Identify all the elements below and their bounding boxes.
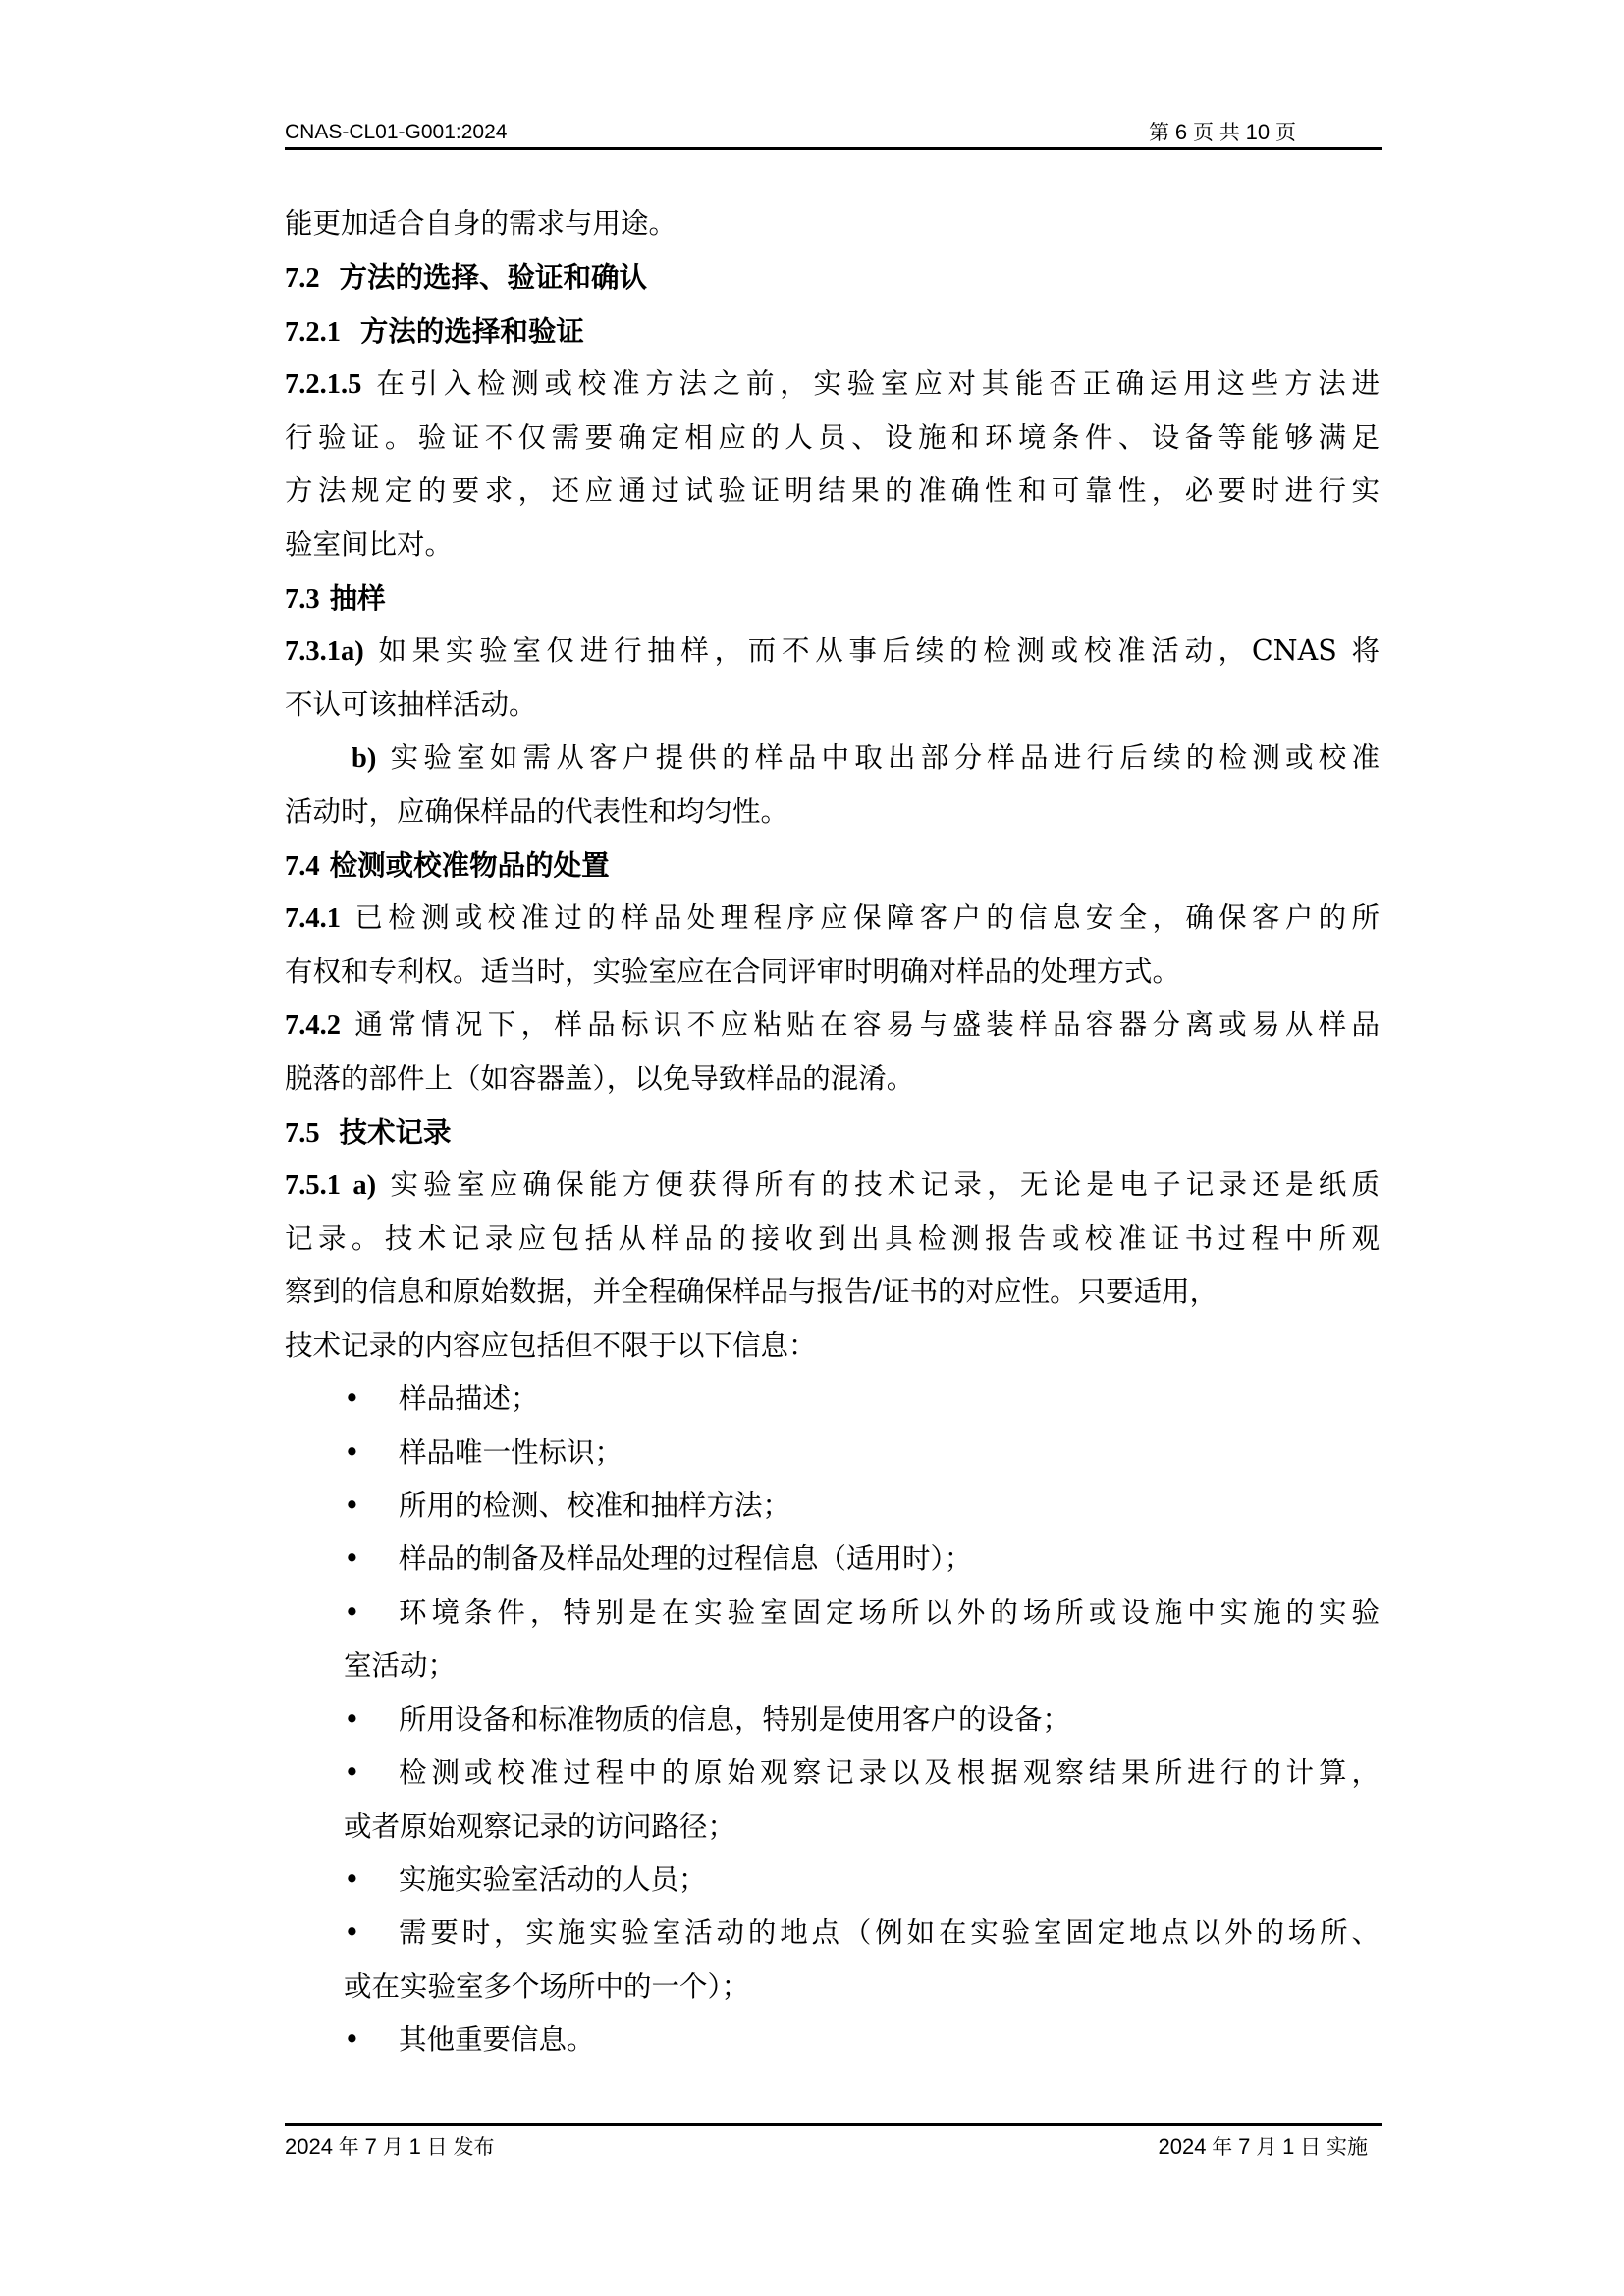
header-rule — [285, 147, 1382, 150]
page-suffix: 页 — [1275, 122, 1296, 144]
section-number: 7.2 — [285, 263, 320, 294]
impl-label: 实施 — [1326, 2136, 1368, 2159]
section-heading-7-2-1: 7.2.1 方法的选择和验证 — [285, 304, 1380, 357]
section-number: 7.5 — [285, 1118, 320, 1148]
list-item-text: 检测或校准过程中的原始观察记录以及根据观察结果所进行的计算， — [399, 1746, 1380, 1799]
section-number: 7.2.1 — [285, 317, 341, 347]
clause-number: 7.4.1 — [285, 903, 341, 934]
clause-7-4-1-line-1: 7.4.1 已检测或校准过的样品处理程序应保障客户的信息安全，确保客户的所 — [285, 891, 1380, 944]
bullet-icon: • — [344, 1906, 355, 1959]
section-heading-7-4: 7.4 检测或校准物品的处置 — [285, 838, 1380, 891]
clause-7-5-1a-line-4: 技术记录的内容应包括但不限于以下信息： — [285, 1319, 1380, 1372]
bullet-icon: • — [344, 1586, 355, 1639]
list-item-text: 样品唯一性标识； — [399, 1426, 1380, 1479]
clause-7-5-1a-line-2: 记录。技术记录应包括从样品的接收到出具检测报告或校准证书过程中所观 — [285, 1212, 1380, 1265]
section-heading-7-5: 7.5 技术记录 — [285, 1105, 1380, 1158]
list-item: • 其他重要信息。 — [344, 2013, 1380, 2066]
impl-day: 1 — [1282, 2134, 1294, 2159]
list-item: • 样品描述； — [344, 1372, 1380, 1425]
bullet-icon: • — [344, 1532, 355, 1585]
clause-text: 如果实验室仅进行抽样，而不从事后续的检测或校准活动，CNAS 将 — [379, 634, 1380, 667]
clause-7-4-2-line-1: 7.4.2 通常情况下，样品标识不应粘贴在容易与盛装样品容器分离或易从样品 — [285, 998, 1380, 1051]
clause-number: 7.5.1 a) — [285, 1170, 376, 1201]
section-number: 7.4 — [285, 851, 320, 881]
issue-month: 7 — [365, 2134, 377, 2159]
issue-year: 2024 — [285, 2134, 333, 2159]
list-item-text: 环境条件，特别是在实验室固定场所以外的场所或设施中实施的实验 — [399, 1586, 1380, 1639]
clause-7-3-1b-line-2: 活动时，应确保样品的代表性和均匀性。 — [285, 785, 1380, 838]
clause-text: 实验室应确保能方便获得所有的技术记录，无论是电子记录还是纸质 — [390, 1168, 1380, 1201]
clause-7-3-1b-line-1: b) 实验室如需从客户提供的样品中取出部分样品进行后续的检测或校准 — [352, 731, 1380, 784]
list-item-text: 所用的检测、校准和抽样方法； — [399, 1479, 1380, 1532]
clause-7-2-1-5-line-2: 行验证。验证不仅需要确定相应的人员、设施和环境条件、设备等能够满足 — [285, 411, 1380, 464]
clause-7-5-1a-line-1: 7.5.1 a) 实验室应确保能方便获得所有的技术记录，无论是电子记录还是纸质 — [285, 1158, 1380, 1211]
bullet-icon: • — [344, 1746, 355, 1799]
page-middle: 页 共 — [1193, 122, 1240, 144]
list-item: • 样品唯一性标识； — [344, 1426, 1380, 1479]
page-current: 6 — [1175, 120, 1187, 144]
section-title: 抽样 — [330, 581, 386, 614]
page-indicator: 第 6 页 共 10 页 — [1149, 118, 1369, 148]
issue-date: 2024 年 7 月 1 日 发布 — [285, 2132, 495, 2163]
bullet-icon: • — [344, 1479, 355, 1532]
section-heading-7-2: 7.2 方法的选择、验证和确认 — [285, 250, 1380, 303]
month-unit: 月 — [1256, 2136, 1276, 2159]
list-item: • 实施实验室活动的人员； — [344, 1853, 1380, 1906]
clause-text: 通常情况下，样品标识不应粘贴在容易与盛装样品容器分离或易从样品 — [354, 1008, 1380, 1041]
bullet-icon: • — [344, 1853, 355, 1906]
clause-text: 已检测或校准过的样品处理程序应保障客户的信息安全，确保客户的所 — [354, 901, 1380, 934]
clause-7-3-1a-line-2: 不认可该抽样活动。 — [285, 678, 1380, 731]
list-item-text: 样品的制备及样品处理的过程信息（适用时）； — [399, 1532, 1380, 1585]
clause-number: b) — [352, 743, 376, 774]
list-item: • 所用的检测、校准和抽样方法； — [344, 1479, 1380, 1532]
list-item-continuation: 或者原始观察记录的访问路径； — [344, 1800, 1380, 1853]
paragraph-continuation: 能更加适合自身的需求与用途。 — [285, 197, 1380, 250]
bullet-icon: • — [344, 1693, 355, 1746]
clause-number: 7.3.1a) — [285, 636, 364, 667]
page-total: 10 — [1246, 120, 1270, 144]
day-unit: 日 — [427, 2136, 448, 2159]
section-title: 检测或校准物品的处置 — [330, 848, 610, 881]
list-item-continuation: 室活动； — [344, 1639, 1380, 1692]
section-number: 7.3 — [285, 584, 320, 614]
year-unit: 年 — [1212, 2136, 1232, 2159]
bullet-icon: • — [344, 2013, 355, 2066]
clause-7-4-1-line-2: 有权和专利权。适当时，实验室应在合同评审时明确对样品的处理方式。 — [285, 945, 1380, 998]
list-item: • 样品的制备及样品处理的过程信息（适用时）； — [344, 1532, 1380, 1585]
impl-month: 7 — [1238, 2134, 1250, 2159]
list-item: • 需要时，实施实验室活动的地点（例如在实验室固定地点以外的场所、 — [344, 1906, 1380, 1959]
list-item-text: 所用设备和标准物质的信息，特别是使用客户的设备； — [399, 1693, 1380, 1746]
footer-rule — [285, 2123, 1382, 2126]
implementation-date: 2024 年 7 月 1 日 实施 — [1158, 2132, 1368, 2163]
clause-text: 实验室如需从客户提供的样品中取出部分样品进行后续的检测或校准 — [391, 741, 1380, 774]
month-unit: 月 — [383, 2136, 404, 2159]
impl-year: 2024 — [1158, 2134, 1206, 2159]
clause-7-2-1-5-line-1: 7.2.1.5 在引入检测或校准方法之前，实验室应对其能否正确运用这些方法进 — [285, 357, 1380, 410]
bullet-icon: • — [344, 1372, 355, 1425]
section-heading-7-3: 7.3 抽样 — [285, 571, 1380, 624]
section-title: 方法的选择和验证 — [360, 314, 584, 347]
section-title: 方法的选择、验证和确认 — [339, 260, 647, 294]
clause-7-4-2-line-2: 脱落的部件上（如容器盖），以免导致样品的混淆。 — [285, 1052, 1380, 1105]
page-prefix: 第 — [1149, 122, 1169, 144]
list-item-text: 样品描述； — [399, 1372, 1380, 1425]
section-title: 技术记录 — [339, 1115, 451, 1148]
clause-text: 在引入检测或校准方法之前，实验室应对其能否正确运用这些方法进 — [376, 367, 1380, 400]
list-item-text: 其他重要信息。 — [399, 2013, 1380, 2066]
issue-label: 发布 — [454, 2136, 495, 2159]
list-item-text: 需要时，实施实验室活动的地点（例如在实验室固定地点以外的场所、 — [399, 1906, 1380, 1959]
document-code: CNAS-CL01-G001:2024 — [285, 118, 507, 147]
bullet-icon: • — [344, 1426, 355, 1479]
clause-7-2-1-5-line-3: 方法规定的要求，还应通过试验证明结果的准确性和可靠性，必要时进行实 — [285, 464, 1380, 517]
clause-7-5-1a-line-3: 察到的信息和原始数据，并全程确保样品与报告/证书的对应性。只要适用， — [285, 1265, 1380, 1318]
list-item-text: 实施实验室活动的人员； — [399, 1853, 1380, 1906]
clause-7-3-1a-line-1: 7.3.1a) 如果实验室仅进行抽样，而不从事后续的检测或校准活动，CNAS 将 — [285, 624, 1380, 677]
list-item-continuation: 或在实验室多个场所中的一个）； — [344, 1960, 1380, 2013]
clause-number: 7.2.1.5 — [285, 369, 361, 400]
list-item: • 所用设备和标准物质的信息，特别是使用客户的设备； — [344, 1693, 1380, 1746]
year-unit: 年 — [339, 2136, 359, 2159]
list-item: • 检测或校准过程中的原始观察记录以及根据观察结果所进行的计算， — [344, 1746, 1380, 1799]
clause-7-2-1-5-line-4: 验室间比对。 — [285, 518, 1380, 571]
clause-number: 7.4.2 — [285, 1010, 341, 1041]
issue-day: 1 — [409, 2134, 421, 2159]
day-unit: 日 — [1300, 2136, 1321, 2159]
list-item: • 环境条件，特别是在实验室固定场所以外的场所或设施中实施的实验 — [344, 1586, 1380, 1639]
